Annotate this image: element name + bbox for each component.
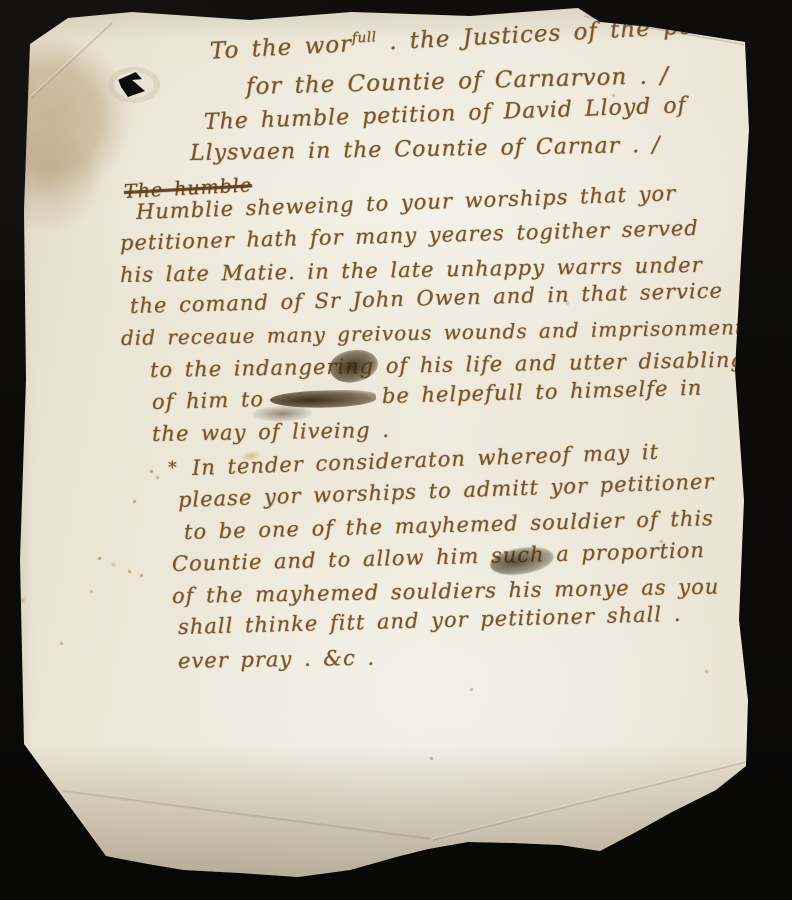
paper-edge-shading [0,0,792,900]
manuscript-scan-stage: To the worfull . the Justices of the pea… [0,0,792,900]
manuscript-paper: To the worfull . the Justices of the pea… [0,0,792,900]
foxing-specks [0,0,3,3]
